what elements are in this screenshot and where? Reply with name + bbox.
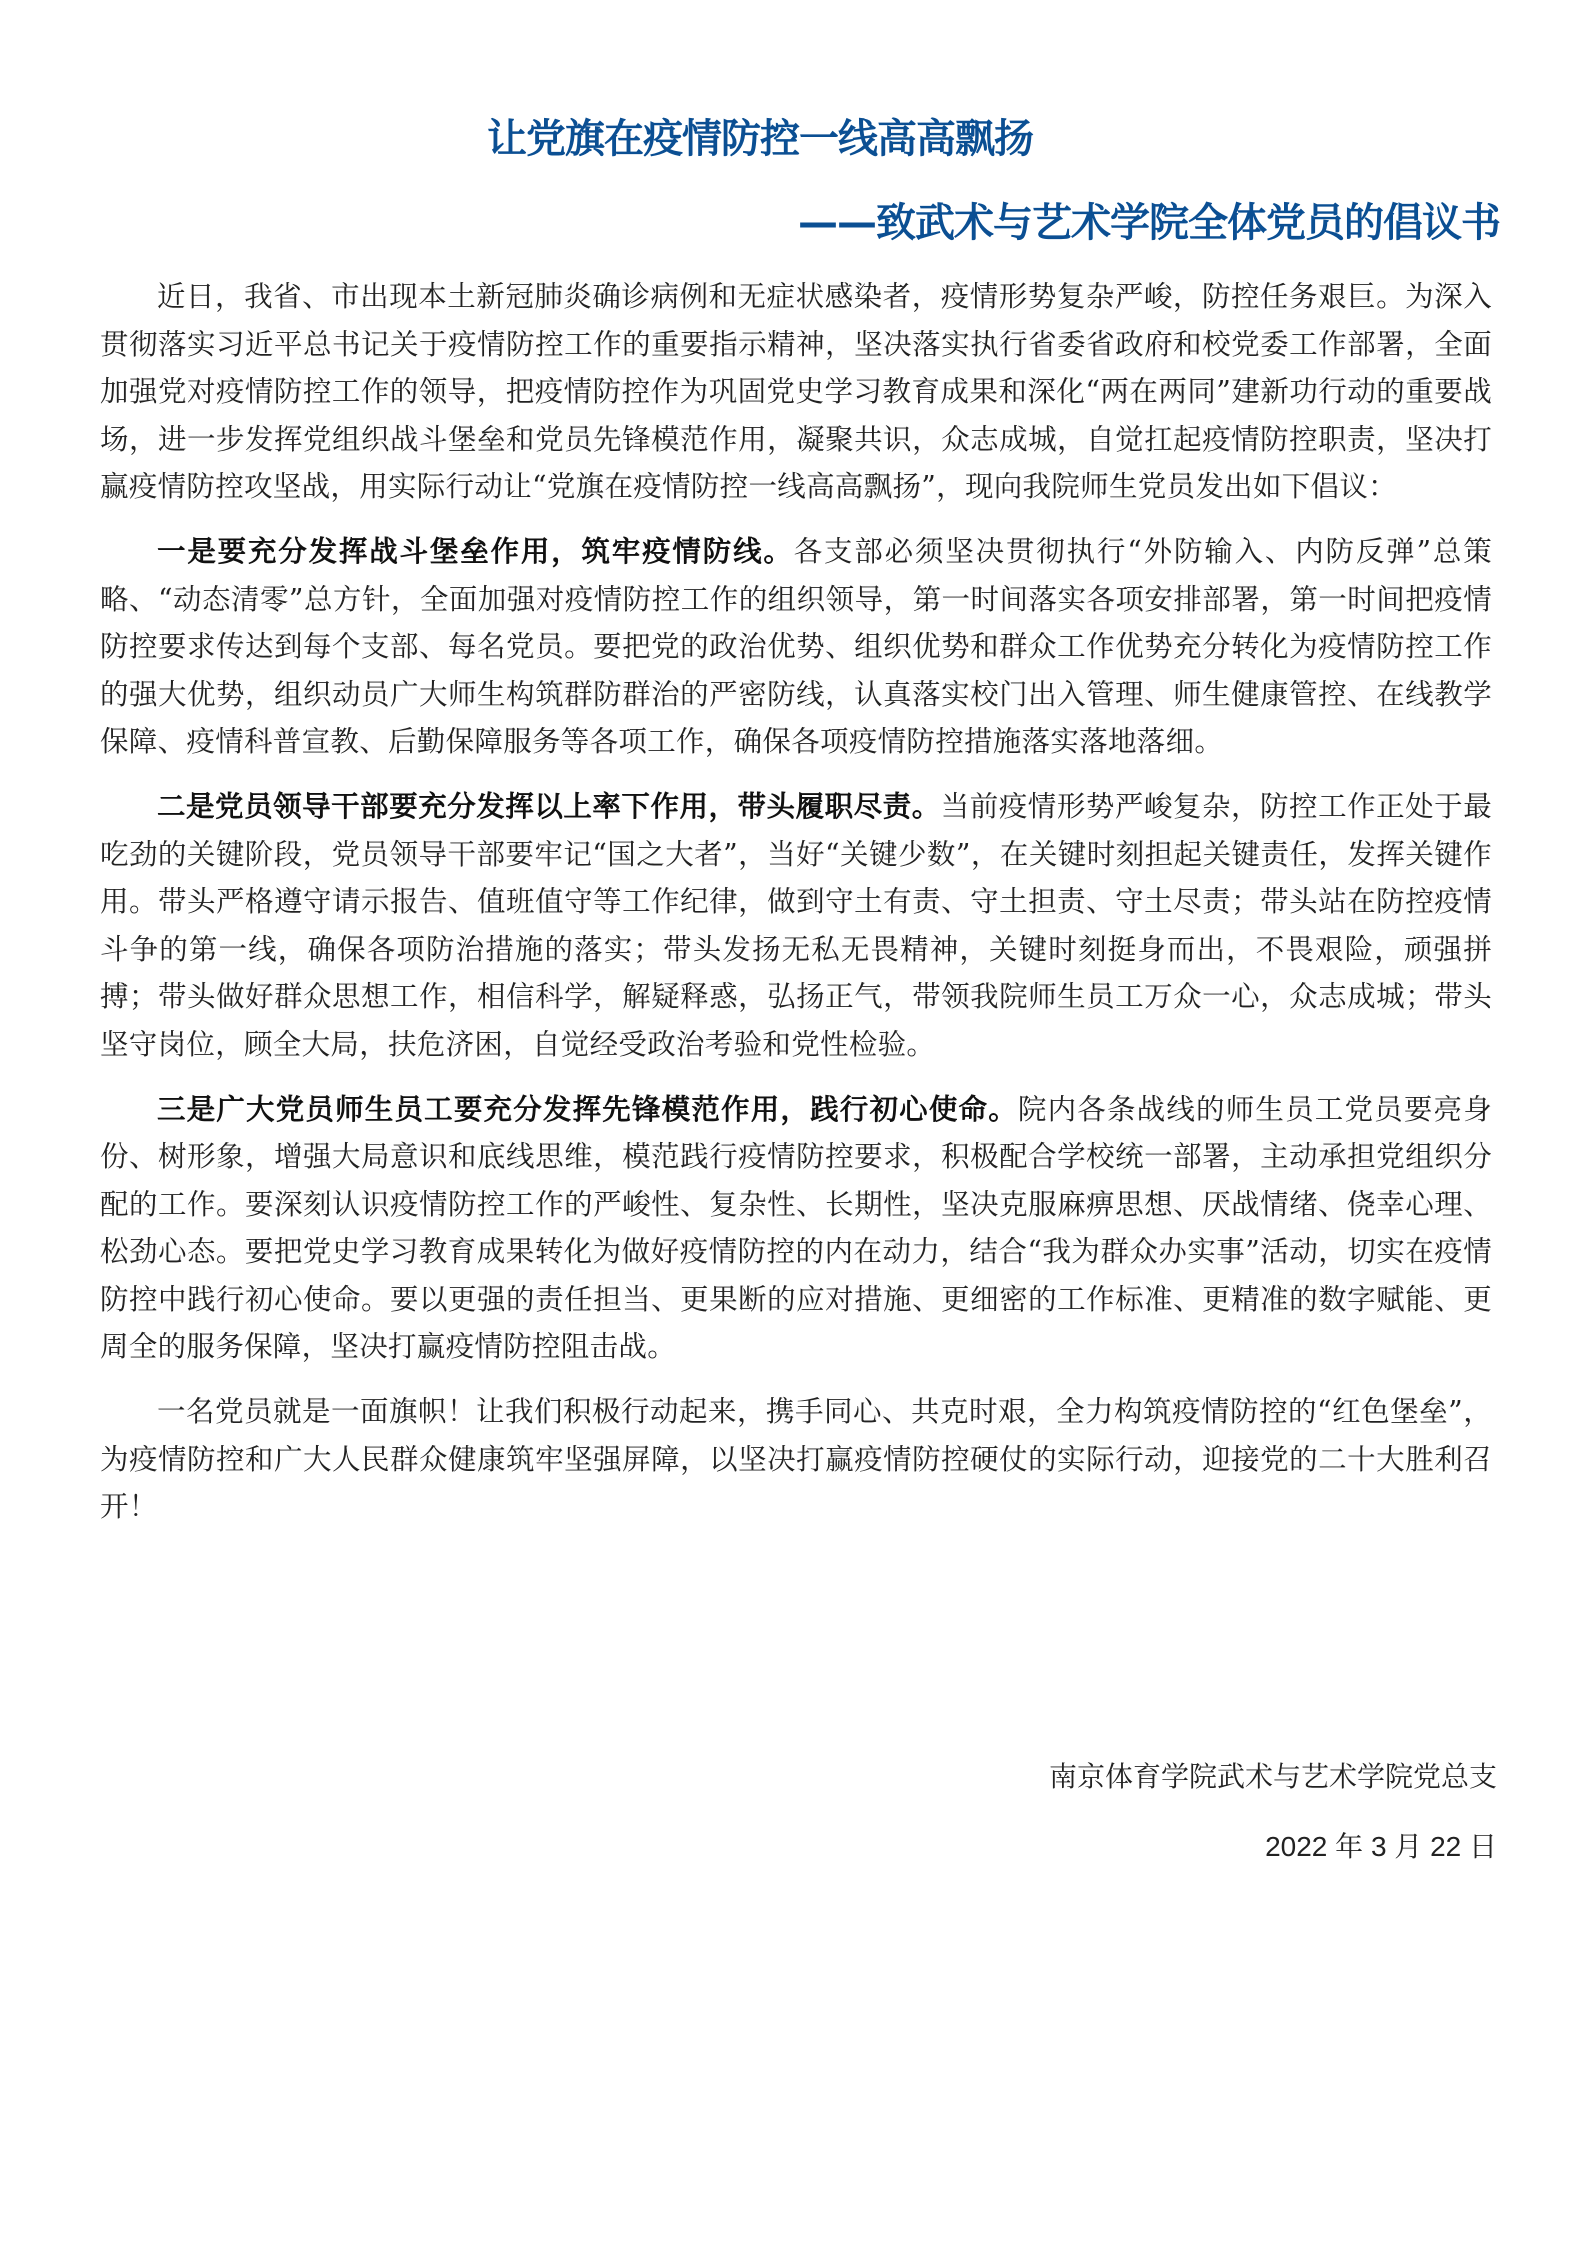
- paragraph-lead: 一是要充分发挥战斗堡垒作用，筑牢疫情防线。: [157, 534, 794, 568]
- paragraph-proposal-1: 一是要充分发挥战斗堡垒作用，筑牢疫情防线。各支部必须坚决贯彻执行“外防输入、内防…: [100, 528, 1492, 766]
- paragraph-text: 当前疫情形势严峻复杂，防控工作正处于最吃劲的关键阶段，党员领导干部要牢记“国之大…: [100, 790, 1492, 1061]
- signature-date: 2022 年 3 月 22 日: [1265, 1822, 1497, 1872]
- document-title: 让党旗在疫情防控一线高高飘扬: [487, 112, 1033, 166]
- document-subtitle: ——致武术与艺术学院全体党员的倡议书: [798, 196, 1500, 250]
- paragraph-intro: 近日，我省、市出现本土新冠肺炎确诊病例和无症状感染者，疫情形势复杂严峻，防控任务…: [100, 273, 1492, 511]
- paragraph-closing: 一名党员就是一面旗帜！让我们积极行动起来，携手同心、共克时艰，全力构筑疫情防控的…: [100, 1388, 1492, 1531]
- paragraph-text: 院内各条战线的师生员工党员要亮身份、树形象，增强大局意识和底线思维，模范践行疫情…: [100, 1093, 1492, 1364]
- paragraph-text: 一名党员就是一面旗帜！让我们积极行动起来，携手同心、共克时艰，全力构筑疫情防控的…: [100, 1395, 1492, 1523]
- paragraph-proposal-2: 二是党员领导干部要充分发挥以上率下作用，带头履职尽责。当前疫情形势严峻复杂，防控…: [100, 783, 1492, 1069]
- paragraph-text: 近日，我省、市出现本土新冠肺炎确诊病例和无症状感染者，疫情形势复杂严峻，防控任务…: [100, 280, 1492, 503]
- paragraph-lead: 二是党员领导干部要充分发挥以上率下作用，带头履职尽责。: [157, 789, 941, 823]
- paragraph-proposal-3: 三是广大党员师生员工要充分发挥先锋模范作用，践行初心使命。院内各条战线的师生员工…: [100, 1086, 1492, 1372]
- document-page: 让党旗在疫情防控一线高高飘扬 ——致武术与艺术学院全体党员的倡议书 近日，我省、…: [0, 0, 1587, 2245]
- signature: 南京体育学院武术与艺术学院党总支: [1049, 1752, 1497, 1802]
- document-body: 近日，我省、市出现本土新冠肺炎确诊病例和无症状感染者，疫情形势复杂严峻，防控任务…: [100, 273, 1492, 1548]
- paragraph-text: 各支部必须坚决贯彻执行“外防输入、内防反弹”总策略、“动态清零”总方针，全面加强…: [100, 535, 1492, 758]
- paragraph-lead: 三是广大党员师生员工要充分发挥先锋模范作用，践行初心使命。: [157, 1092, 1018, 1126]
